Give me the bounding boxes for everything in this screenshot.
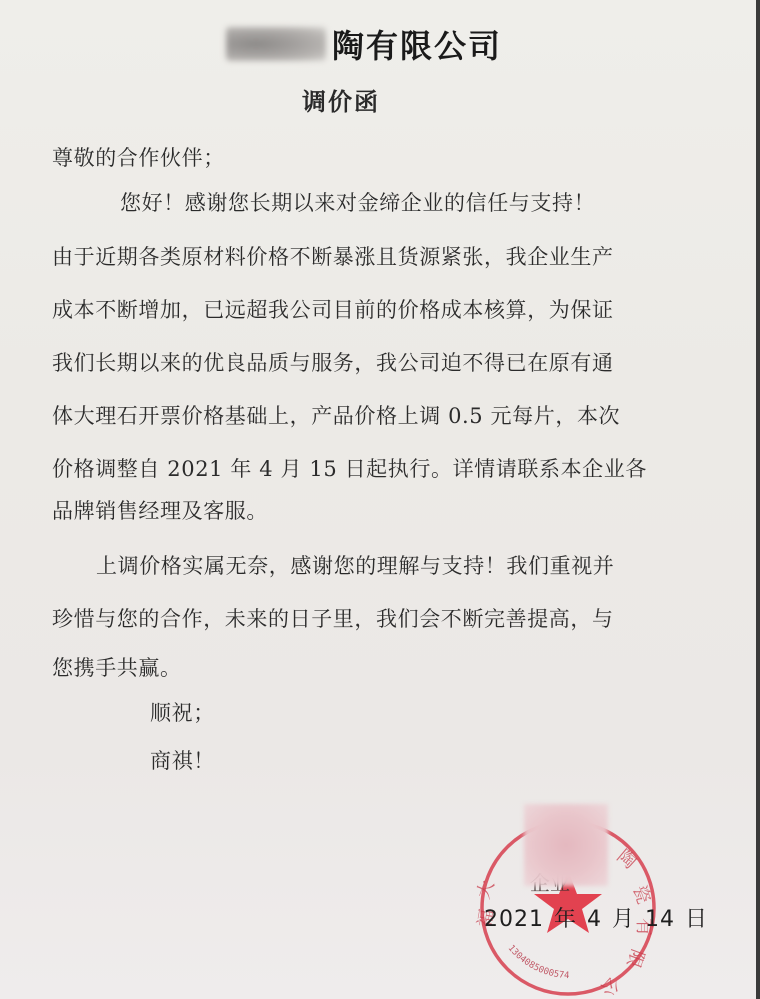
date-day: 14 [645, 907, 675, 932]
closing-line-1: 上调价格实属无奈，感谢您的理解与支持！我们重视并 [96, 550, 614, 580]
svg-text:陶: 陶 [613, 846, 640, 874]
company-name-heading: 陶有限公司 [226, 24, 502, 64]
notice-line-4: 体大理石开票价格基础上，产品价格上调 0.5 元每片，本次 [52, 400, 620, 430]
letter-page: 陶有限公司 调价函 尊敬的合作伙伴； 您好！感谢您长期以来对金缔企业的信任与支持… [0, 0, 760, 999]
notice-line-5: 价格调整自 2021 年 4 月 15 日起执行。详情请联系本企业各 [52, 453, 647, 483]
notice-line-1: 由于近期各类原材料价格不断暴涨且货源紧张，我企业生产 [52, 241, 614, 271]
notice-line-6: 品牌销售经理及客服。 [52, 495, 268, 525]
salutation: 尊敬的合作伙伴； [52, 142, 225, 172]
document-title: 调价函 [302, 82, 380, 117]
closing-line-3: 您携手共赢。 [52, 652, 182, 682]
date-year: 2021 [484, 907, 544, 932]
svg-text:大: 大 [473, 878, 499, 902]
sign-off-line-1: 顺祝； [150, 697, 215, 727]
date-month: 4 [587, 907, 602, 932]
signature-date: 2021年4月14日 [484, 902, 718, 933]
date-month-unit: 月 [612, 907, 635, 932]
redacted-seal-name [524, 804, 608, 886]
company-name-text: 陶有限公司 [332, 21, 502, 67]
redacted-company-prefix [226, 27, 326, 61]
sign-off-line-2: 商祺！ [150, 745, 215, 775]
notice-line-3: 我们长期以来的优良品质与服务，我公司迫不得已在原有通 [52, 347, 614, 377]
closing-line-2: 珍惜与您的合作，未来的日子里，我们会不断完善提高，与 [52, 603, 614, 633]
notice-line-2: 成本不断增加，已远超我公司目前的价格成本核算，为保证 [52, 294, 614, 324]
greeting-paragraph: 您好！感谢您长期以来对金缔企业的信任与支持！ [120, 187, 595, 217]
date-year-unit: 年 [554, 907, 577, 932]
date-day-unit: 日 [685, 907, 708, 932]
